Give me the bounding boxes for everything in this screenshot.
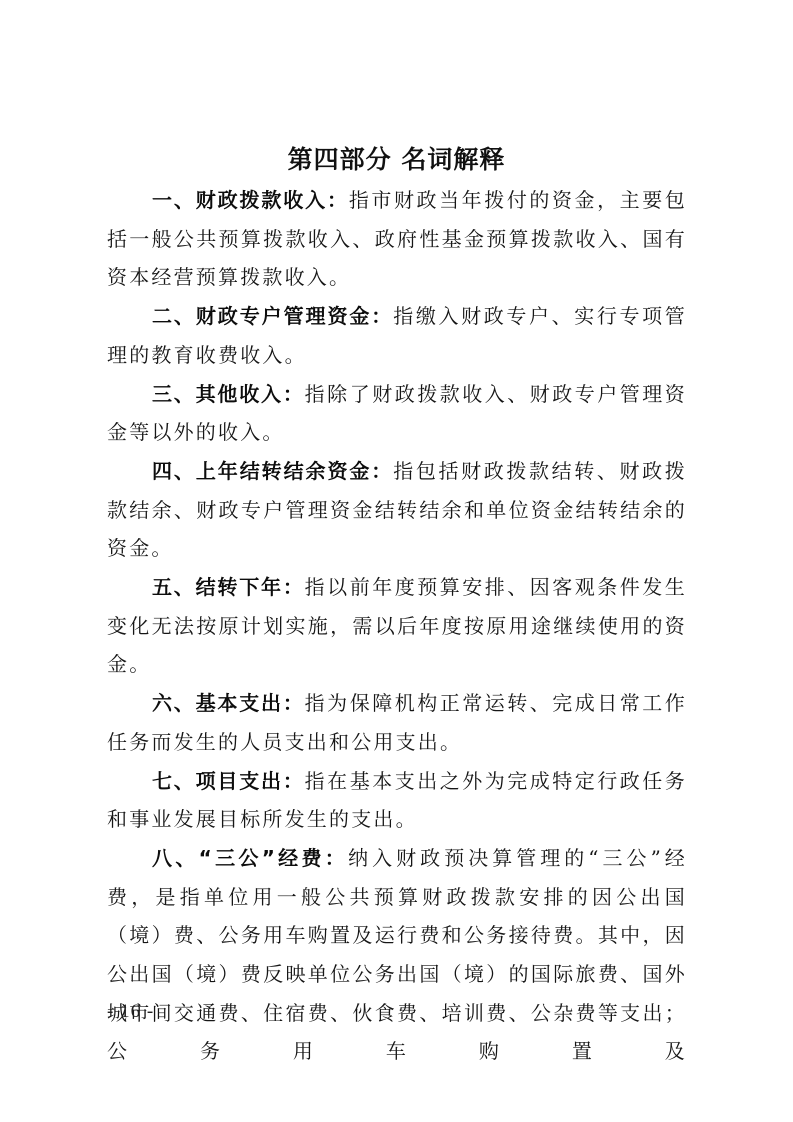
glossary-item-project-expenditure: 七、项目支出：指在基本支出之外为完成特定行政任务和事业发展目标所发生的支出。 (107, 762, 687, 839)
glossary-term: 二、财政专户管理资金： (152, 304, 393, 328)
glossary-item-fiscal-appropriation-income: 一、财政拨款收入：指市财政当年拨付的资金，主要包括一般公共预算拨款收入、政府性基… (107, 181, 687, 297)
page-title: 第四部分 名词解释 (0, 142, 793, 178)
glossary-term: 七、项目支出： (152, 769, 305, 793)
document-page: 第四部分 名词解释 一、财政拨款收入：指市财政当年拨付的资金，主要包括一般公共预… (0, 0, 793, 1122)
glossary-item-carry-to-next-year: 五、结转下年：指以前年度预算安排、因客观条件发生变化无法按原计划实施，需以后年度… (107, 568, 687, 684)
glossary-item-basic-expenditure: 六、基本支出：指为保障机构正常运转、完成日常工作任务而发生的人员支出和公用支出。 (107, 684, 687, 761)
glossary-item-fiscal-special-account-funds: 二、财政专户管理资金：指缴入财政专户、实行专项管理的教育收费收入。 (107, 297, 687, 374)
glossary-item-three-public-expenses: 八、“三公”经费：纳入财政预决算管理的“三公”经费，是指单位用一般公共预算财政拨… (107, 839, 687, 1071)
glossary-term: 六、基本支出： (152, 691, 305, 715)
glossary-term: 三、其他收入： (152, 382, 305, 406)
glossary-item-other-income: 三、其他收入：指除了财政拨款收入、财政专户管理资金等以外的收入。 (107, 375, 687, 452)
glossary-term: 四、上年结转结余资金： (152, 459, 393, 483)
glossary-definition: 纳入财政预决算管理的“三公”经费，是指单位用一般公共预算财政拨款安排的因公出国（… (107, 846, 687, 1064)
glossary-item-prior-year-carryover: 四、上年结转结余资金：指包括财政拨款结转、财政拨款结余、财政专户管理资金结转结余… (107, 452, 687, 568)
glossary-term: 一、财政拨款收入： (152, 188, 349, 212)
page-number: - 16 - (107, 998, 154, 1026)
glossary-body: 一、财政拨款收入：指市财政当年拨付的资金，主要包括一般公共预算拨款收入、政府性基… (107, 181, 687, 1071)
glossary-term: 五、结转下年： (152, 575, 305, 599)
glossary-term: 八、“三公”经费： (152, 846, 348, 870)
